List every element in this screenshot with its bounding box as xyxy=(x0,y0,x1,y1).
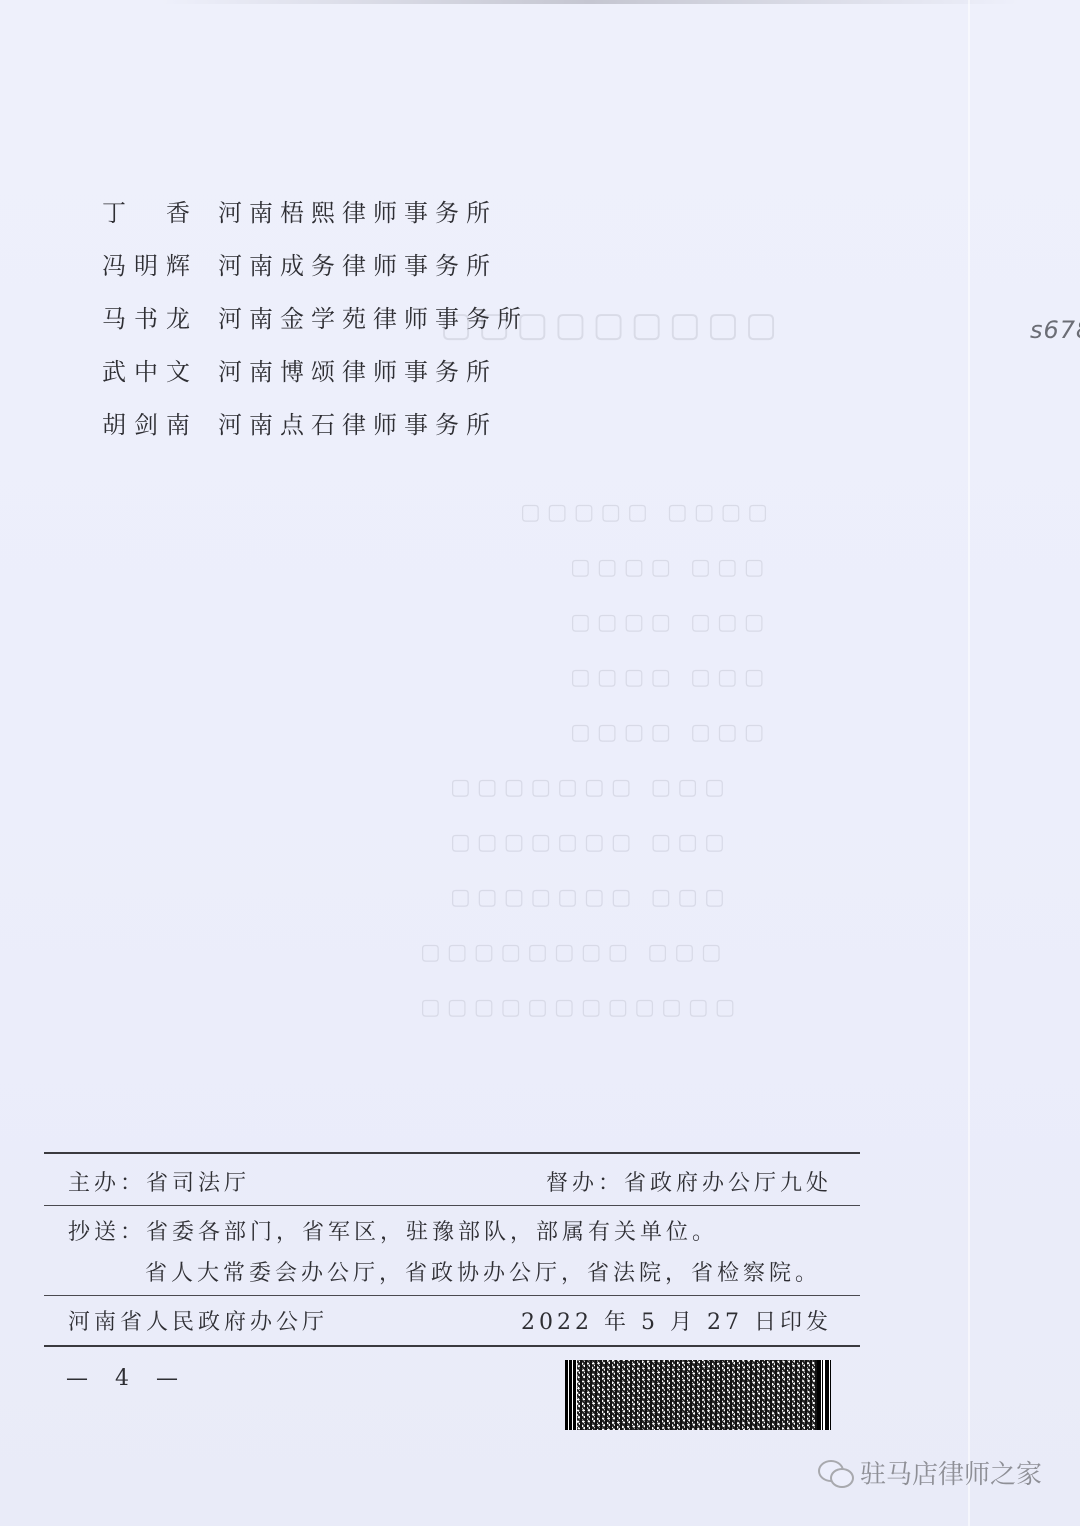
page-number: — 4 — xyxy=(66,1366,188,1391)
roster-row: 丁 香 河南梧熙律师事务所 xyxy=(102,184,528,237)
lawyer-name: 马书龙 xyxy=(102,299,218,334)
watermark-text: 驻马店律师之家 xyxy=(860,1454,1042,1491)
law-firm: 河南博颂律师事务所 xyxy=(218,352,497,387)
bleed-through-text: ▢▢▢▢▢ ▢▢▢▢ xyxy=(520,500,774,525)
cc-list-line-1: 抄送：省委各部门，省军区，驻豫部队，部属有关单位。 xyxy=(68,1215,718,1246)
issuing-office: 河南省人民政府办公厅 xyxy=(68,1305,328,1336)
lawyer-name: 冯明辉 xyxy=(102,246,218,281)
bleed-through-text: ▢▢▢▢▢▢▢ ▢▢▢ xyxy=(450,775,731,800)
document-page: ▢▢▢▢▢▢▢▢▢ ▢▢▢▢▢ ▢▢▢▢ ▢▢▢▢ ▢▢▢ ▢▢▢▢ ▢▢▢ ▢… xyxy=(0,0,1080,1526)
law-firm: 河南梧熙律师事务所 xyxy=(218,193,497,228)
barcode-start-guard xyxy=(565,1360,577,1430)
bleed-through-text: ▢▢▢▢▢▢▢ ▢▢▢ xyxy=(450,885,731,910)
page-top-shadow xyxy=(160,0,1020,4)
roster-row: 胡剑南 河南点石律师事务所 xyxy=(102,396,528,449)
bleed-through-text: ▢▢▢▢▢▢▢▢ ▢▢▢ xyxy=(420,940,728,965)
law-firm: 河南点石律师事务所 xyxy=(218,405,497,440)
supervising-department: 督办：省政府办公厅九处 xyxy=(546,1166,832,1197)
roster-row: 冯明辉 河南成务律师事务所 xyxy=(102,237,528,290)
bleed-through-text: ▢▢▢▢ ▢▢▢ xyxy=(570,720,771,745)
cc-list-line-2: 省人大常委会办公厅，省政协办公厅，省法院，省检察院。 xyxy=(145,1256,821,1287)
barcode-stop-guard xyxy=(817,1360,831,1430)
divider-rule xyxy=(44,1345,860,1347)
host-department: 主办：省司法厅 xyxy=(68,1166,250,1197)
lawyer-name: 胡剑南 xyxy=(102,405,218,440)
lawyer-roster: 丁 香 河南梧熙律师事务所 冯明辉 河南成务律师事务所 马书龙 河南金学苑律师事… xyxy=(102,184,528,449)
handwritten-note: s678 xyxy=(1030,316,1080,344)
bleed-through-text: ▢▢▢▢▢▢▢ ▢▢▢ xyxy=(450,830,731,855)
bleed-through-text: ▢▢▢▢ ▢▢▢ xyxy=(570,555,771,580)
account-watermark: 驻马店律师之家 xyxy=(818,1454,1042,1491)
issue-date: 2022 年 5 月 27 日印发 xyxy=(521,1305,832,1336)
roster-row: 马书龙 河南金学苑律师事务所 xyxy=(102,290,528,343)
pdf417-barcode xyxy=(565,1360,831,1430)
divider-rule xyxy=(44,1205,860,1206)
divider-rule xyxy=(44,1152,860,1154)
lawyer-name: 武中文 xyxy=(102,352,218,387)
wechat-icon xyxy=(818,1458,852,1488)
paper-fold-edge xyxy=(968,0,970,1526)
lawyer-name: 丁 香 xyxy=(102,193,218,228)
bleed-through-text: ▢▢▢▢ ▢▢▢ xyxy=(570,610,771,635)
bleed-through-text: ▢▢▢▢▢▢▢▢▢▢▢▢ xyxy=(420,995,741,1020)
divider-rule xyxy=(44,1295,860,1296)
bleed-through-text: ▢▢▢▢ ▢▢▢ xyxy=(570,665,771,690)
roster-row: 武中文 河南博颂律师事务所 xyxy=(102,343,528,396)
law-firm: 河南成务律师事务所 xyxy=(218,246,497,281)
law-firm: 河南金学苑律师事务所 xyxy=(218,299,528,334)
